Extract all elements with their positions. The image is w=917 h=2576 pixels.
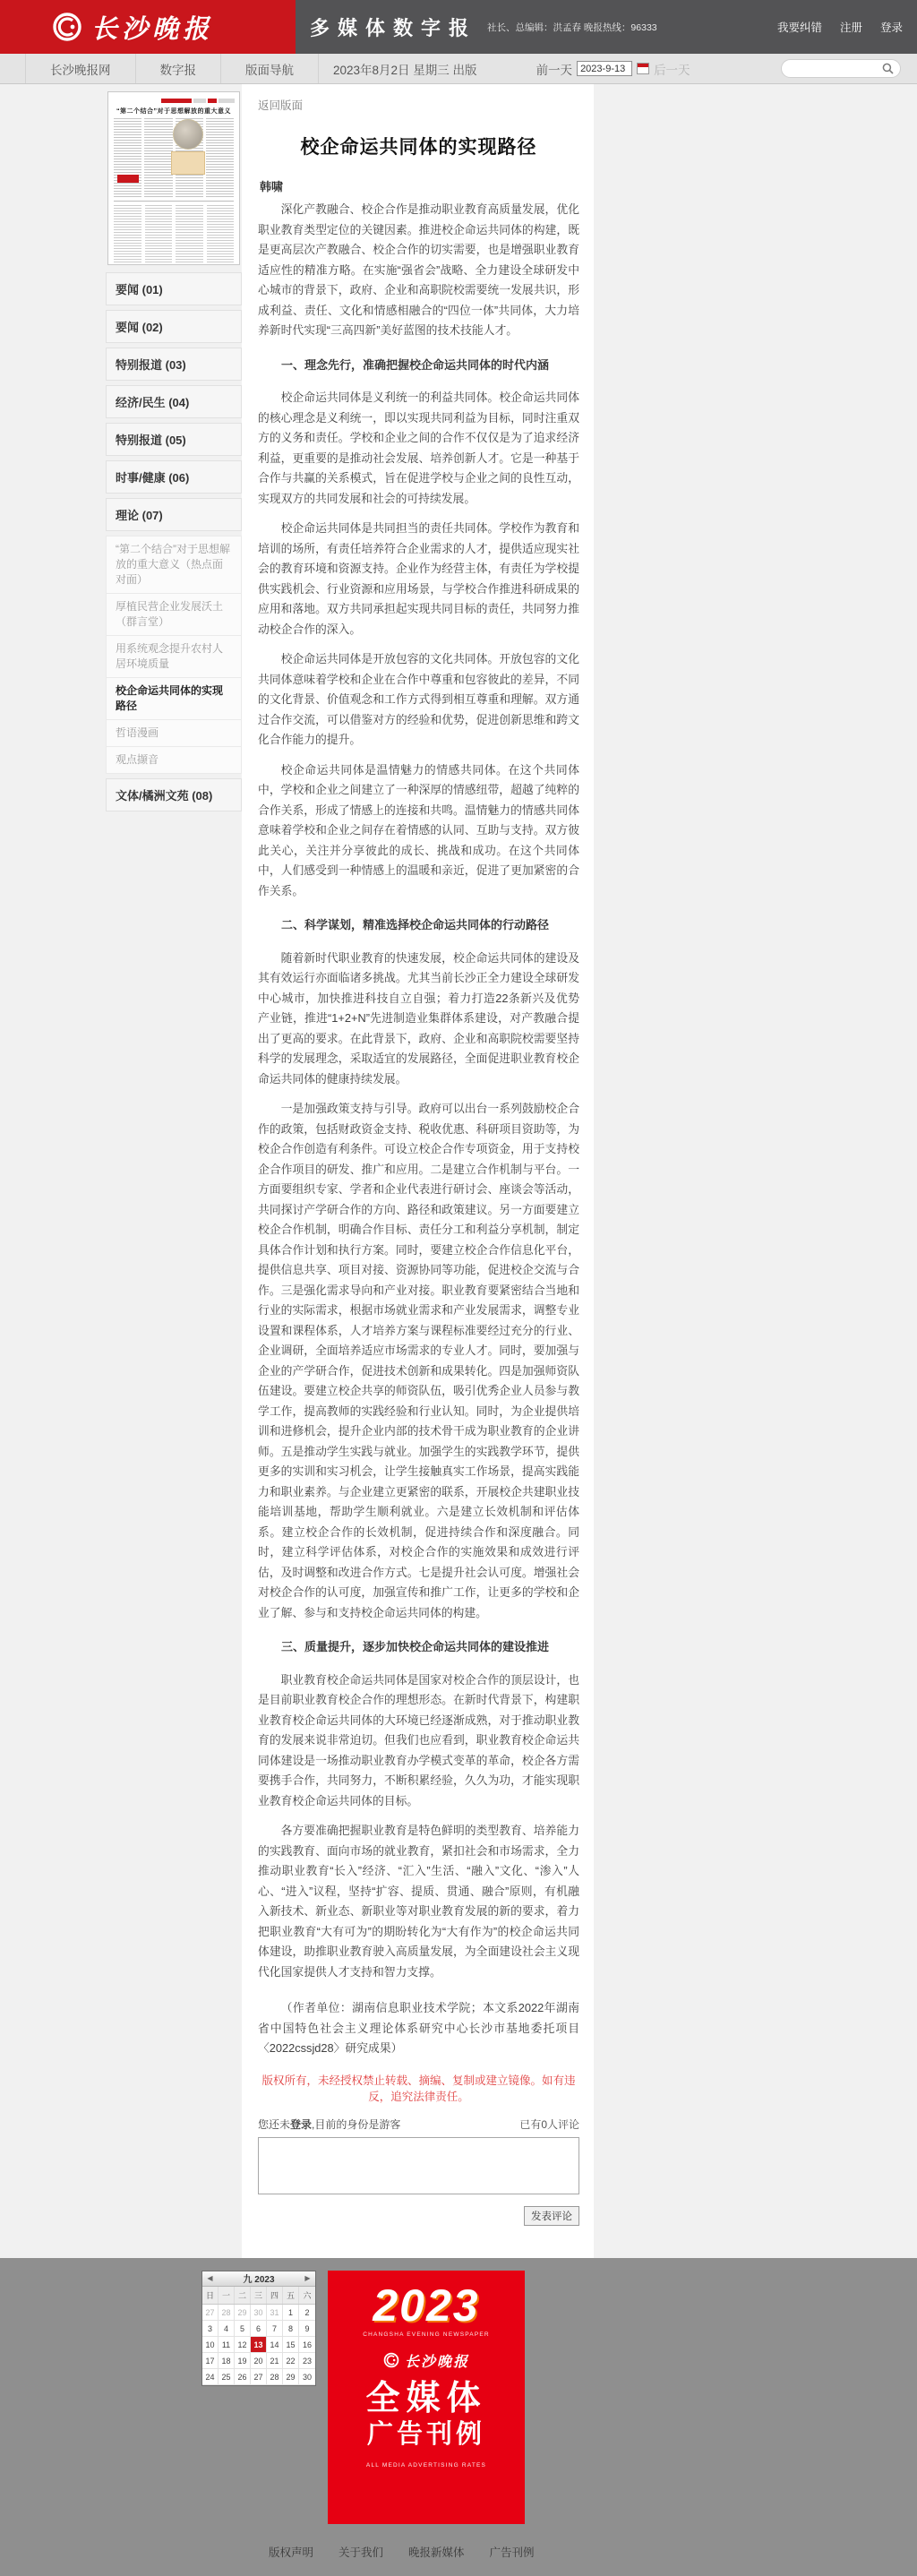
calendar-day-26[interactable]: 26 <box>235 2369 251 2385</box>
calendar-day-11[interactable]: 11 <box>219 2337 235 2353</box>
sidebar-section-13[interactable]: 文体/橘洲文苑 (08) <box>106 778 242 811</box>
calendar-day-29[interactable]: 29 <box>283 2369 299 2385</box>
calendar-day-5[interactable]: 5 <box>235 2321 251 2337</box>
sidebar-article-7[interactable]: “第二个结合”对于思想解放的重大意义（热点面对面） <box>106 536 242 593</box>
thumbnail-divider <box>114 201 234 202</box>
footer-link-0[interactable]: 版权声明 <box>269 2544 313 2560</box>
calendar-day-4[interactable]: 4 <box>219 2321 235 2337</box>
sidebar-section-4[interactable]: 特别报道 (05) <box>106 423 242 456</box>
comment-count: 已有0人评论 <box>519 2117 579 2132</box>
calendar-weekday-1: 一 <box>219 2287 235 2304</box>
newspaper-emblem-icon <box>52 12 82 42</box>
top-header: 长沙晚报 多媒体数字报 社长、总编辑：洪孟春 晚报热线：96333 我要纠错注册… <box>0 0 917 54</box>
newspaper-page-thumbnail[interactable]: “第二个结合”对于思想解放的重大意义 <box>107 91 240 265</box>
article-paragraph-8: 一是加强政策支持与引导。政府可以出台一系列鼓励校企合作的政策，包括财政资金支持、… <box>258 1099 579 1623</box>
calendar-day-18[interactable]: 18 <box>219 2353 235 2369</box>
article-title: 校企命运共同体的实现路径 <box>258 133 579 159</box>
date-navigation: 前一天 后一天 <box>536 60 690 78</box>
calendar-day-30[interactable]: 30 <box>299 2369 315 2385</box>
sidebar: “第二个结合”对于思想解放的重大意义 要闻 (01)要闻 (02)特别报道 (0… <box>106 84 242 816</box>
calendar-day-27[interactable]: 27 <box>251 2369 267 2385</box>
calendar-day-20[interactable]: 20 <box>251 2353 267 2369</box>
calendar-month-title: 九 2023 <box>218 2271 300 2285</box>
nav-menu: 长沙晚报网数字报版面导航 <box>25 54 319 83</box>
section-heading-1: 一、理念先行，准确把握校企命运共同体的时代内涵 <box>258 356 579 376</box>
banner-subtitle-en-bottom: ALL MEDIA ADVERTISING RATES <box>328 2462 525 2469</box>
top-link-0[interactable]: 我要纠错 <box>777 19 822 35</box>
calendar-day-prev-31[interactable]: 31 <box>267 2305 283 2321</box>
calendar-day-prev-29[interactable]: 29 <box>235 2305 251 2321</box>
calendar-day-2[interactable]: 2 <box>299 2305 315 2321</box>
calendar-day-23[interactable]: 23 <box>299 2353 315 2369</box>
calendar-weekday-5: 五 <box>283 2287 299 2304</box>
calendar-day-7[interactable]: 7 <box>267 2321 283 2337</box>
calendar-day-14[interactable]: 14 <box>267 2337 283 2353</box>
banner-subtitle-en-top: CHANGSHA EVENING NEWSPAPER <box>328 2331 525 2338</box>
submit-comment-button[interactable]: 发表评论 <box>524 2206 579 2226</box>
login-status-text: 您还未登录,目前的身份是游客 <box>258 2117 400 2132</box>
calendar-day-10[interactable]: 10 <box>202 2337 219 2353</box>
footer-link-2[interactable]: 晚报新媒体 <box>408 2544 465 2560</box>
top-links: 我要纠错注册登录 <box>777 19 903 35</box>
article-author: 韩啸 <box>260 177 579 194</box>
calendar-weekday-3: 三 <box>251 2287 267 2304</box>
calendar-day-13[interactable]: 13 <box>251 2337 267 2353</box>
search-box <box>781 59 901 78</box>
footer-link-3[interactable]: 广告刊例 <box>490 2544 535 2560</box>
section-navigation-list: 要闻 (01)要闻 (02)特别报道 (03)经济/民生 (04)特别报道 (0… <box>106 272 242 811</box>
sidebar-article-11[interactable]: 哲语漫画 <box>106 719 242 746</box>
banner-logo-text: 长沙晚报 <box>405 2350 469 2371</box>
top-link-1[interactable]: 注册 <box>840 19 862 35</box>
article-panel: 返回版面 校企命运共同体的实现路径 韩啸 深化产教融合、校企合作是推动职业教育高… <box>242 84 594 2258</box>
banner-year: 2023 <box>328 2283 525 2328</box>
article-paragraph-4: 校企命运共同体是开放包容的文化共同体。开放包容的文化共同体意味着学校和企业在合作… <box>258 649 579 751</box>
article-paragraph-2: 校企命运共同体是义利统一的利益共同体。校企命运共同体的核心理念是义利统一，即以实… <box>258 388 579 509</box>
calendar-day-12[interactable]: 12 <box>235 2337 251 2353</box>
nav-item-2[interactable]: 版面导航 <box>221 54 319 83</box>
nav-item-1[interactable]: 数字报 <box>136 54 222 83</box>
calendar-day-prev-28[interactable]: 28 <box>219 2305 235 2321</box>
thumbnail-red-label <box>117 175 139 183</box>
comment-textarea[interactable] <box>258 2137 579 2194</box>
thumbnail-headline: “第二个结合”对于思想解放的重大意义 <box>113 107 235 116</box>
sidebar-section-0[interactable]: 要闻 (01) <box>106 272 242 305</box>
sidebar-section-1[interactable]: 要闻 (02) <box>106 310 242 343</box>
calendar-day-prev-30[interactable]: 30 <box>251 2305 267 2321</box>
banner-logo: 长沙晚报 <box>328 2350 525 2371</box>
sidebar-article-12[interactable]: 观点撷音 <box>106 746 242 774</box>
date-input[interactable] <box>577 61 632 76</box>
section-heading-6: 二、科学谋划，精准选择校企命运共同体的行动路径 <box>258 915 579 936</box>
article-paragraph-0: 深化产教融合、校企合作是推动职业教育高质量发展，优化职业教育类型定位的关键因素。… <box>258 200 579 341</box>
sidebar-article-8[interactable]: 厚植民营企业发展沃土（群言堂） <box>106 593 242 635</box>
footer-content-row: ◀ 九 2023 ▶ 日一二三四五六 272829303112345678910… <box>201 2271 917 2524</box>
calendar-header: ◀ 九 2023 ▶ <box>202 2271 315 2287</box>
search-icon[interactable] <box>882 63 894 74</box>
thumbnail-masthead <box>113 97 235 104</box>
back-to-page-link[interactable]: 返回版面 <box>258 97 303 113</box>
thumbnail-lower-columns <box>114 205 234 265</box>
sidebar-article-9[interactable]: 用系统观念提升农村人居环境质量 <box>106 635 242 677</box>
calendar-day-28[interactable]: 28 <box>267 2369 283 2385</box>
banner-line-adrates: 广告刊例 <box>328 2419 525 2450</box>
calendar-day-1[interactable]: 1 <box>283 2305 299 2321</box>
comment-status-bar: 您还未登录,目前的身份是游客 已有0人评论 <box>258 2117 579 2132</box>
calendar-weekday-4: 四 <box>267 2287 283 2304</box>
sidebar-article-10[interactable]: 校企命运共同体的实现路径 <box>106 677 242 719</box>
sidebar-section-6[interactable]: 理论 (07) <box>106 498 242 531</box>
prev-day-link[interactable]: 前一天 <box>536 60 573 78</box>
calendar-day-17[interactable]: 17 <box>202 2353 219 2369</box>
article-paragraph-10: 职业教育校企命运共同体是国家对校企合作的顶层设计，也是目前职业教育校企合作的理想… <box>258 1670 579 1812</box>
site-title: 多媒体数字报 <box>310 13 476 41</box>
calendar-day-3[interactable]: 3 <box>202 2321 219 2337</box>
next-day-link[interactable]: 后一天 <box>654 60 690 78</box>
thumbnail-photo <box>173 119 203 150</box>
calendar-weekday-2: 二 <box>235 2287 251 2304</box>
nav-bar: 长沙晚报网数字报版面导航 2023年8月2日 星期三 出版 前一天 后一天 <box>0 54 917 84</box>
calendar-icon[interactable] <box>637 63 649 74</box>
author-affiliation-note: （作者单位：湖南信息职业技术学院；本文系2022年湖南省中国特色社会主义理论体系… <box>258 1998 579 2059</box>
calendar-prev-icon[interactable]: ◀ <box>202 2271 218 2286</box>
article-paragraph-3: 校企命运共同体是共同担当的责任共同体。学校作为教育和培训的场所，有责任培养符合企… <box>258 519 579 640</box>
calendar-day-16[interactable]: 16 <box>299 2337 315 2353</box>
article-paragraph-5: 校企命运共同体是温情魅力的情感共同体。在这个共同体中，学校和企业之间建立了一种深… <box>258 760 579 902</box>
article-paragraph-11: 各方要准确把握职业教育是特色鲜明的类型教育、培养能力的实践教育、面向市场的就业教… <box>258 1821 579 1982</box>
publish-date: 2023年8月2日 星期三 出版 <box>333 60 477 78</box>
article-paragraph-7: 随着新时代职业教育的快速发展，校企命运共同体的建设及其有效运行亦面临诸多挑战。尤… <box>258 949 579 1090</box>
masthead-info: 社长、总编辑：洪孟春 晚报热线：96333 <box>487 21 657 34</box>
calendar-day-19[interactable]: 19 <box>235 2353 251 2369</box>
section-heading-9: 三、质量提升，逐步加快校企命运共同体的建设推进 <box>258 1637 579 1658</box>
footer-links: 版权声明关于我们晚报新媒体广告刊例 <box>269 2544 917 2560</box>
calendar-weekday-row: 日一二三四五六 <box>202 2287 315 2305</box>
login-link[interactable]: 登录 <box>290 2118 312 2131</box>
page-body: “第二个结合”对于思想解放的重大意义 要闻 (01)要闻 (02)特别报道 (0… <box>0 84 917 2258</box>
copyright-notice: 版权所有，未经授权禁止转载、摘编、复制或建立镜像。如有违反，追究法律责任。 <box>258 2072 579 2104</box>
comment-submit-row: 发表评论 <box>258 2206 579 2226</box>
calendar-day-6[interactable]: 6 <box>251 2321 267 2337</box>
calendar-next-icon[interactable]: ▶ <box>300 2271 315 2286</box>
calendar-day-prev-27[interactable]: 27 <box>202 2305 219 2321</box>
sidebar-section-2[interactable]: 特别报道 (03) <box>106 348 242 381</box>
top-link-2[interactable]: 登录 <box>880 19 903 35</box>
sidebar-section-5[interactable]: 时事/健康 (06) <box>106 460 242 494</box>
calendar-day-25[interactable]: 25 <box>219 2369 235 2385</box>
calendar-date-grid: 2728293031123456789101112131415161718192… <box>202 2305 315 2385</box>
calendar-weekday-6: 六 <box>299 2287 315 2304</box>
advertising-banner[interactable]: 2023 CHANGSHA EVENING NEWSPAPER 长沙晚报 全媒体… <box>328 2271 525 2524</box>
calendar-day-22[interactable]: 22 <box>283 2353 299 2369</box>
newspaper-logo[interactable]: 长沙晚报 <box>0 0 296 54</box>
calendar-day-15[interactable]: 15 <box>283 2337 299 2353</box>
page-footer: ◀ 九 2023 ▶ 日一二三四五六 272829303112345678910… <box>0 2258 917 2576</box>
article-body: 深化产教融合、校企合作是推动职业教育高质量发展，优化职业教育类型定位的关键因素。… <box>258 200 579 1982</box>
sidebar-section-3[interactable]: 经济/民生 (04) <box>106 385 242 418</box>
calendar-day-24[interactable]: 24 <box>202 2369 219 2385</box>
issue-calendar: ◀ 九 2023 ▶ 日一二三四五六 272829303112345678910… <box>201 2271 316 2386</box>
calendar-day-8[interactable]: 8 <box>283 2321 299 2337</box>
calendar-day-21[interactable]: 21 <box>267 2353 283 2369</box>
logo-script-text: 长沙晚报 <box>91 9 213 46</box>
calendar-day-9[interactable]: 9 <box>299 2321 315 2337</box>
thumbnail-inset-image <box>171 151 205 175</box>
nav-item-0[interactable]: 长沙晚报网 <box>25 54 136 83</box>
calendar-weekday-0: 日 <box>202 2287 219 2304</box>
banner-emblem-icon <box>383 2352 399 2368</box>
footer-link-1[interactable]: 关于我们 <box>339 2544 383 2560</box>
banner-line-allmedia: 全媒体 <box>328 2380 525 2417</box>
